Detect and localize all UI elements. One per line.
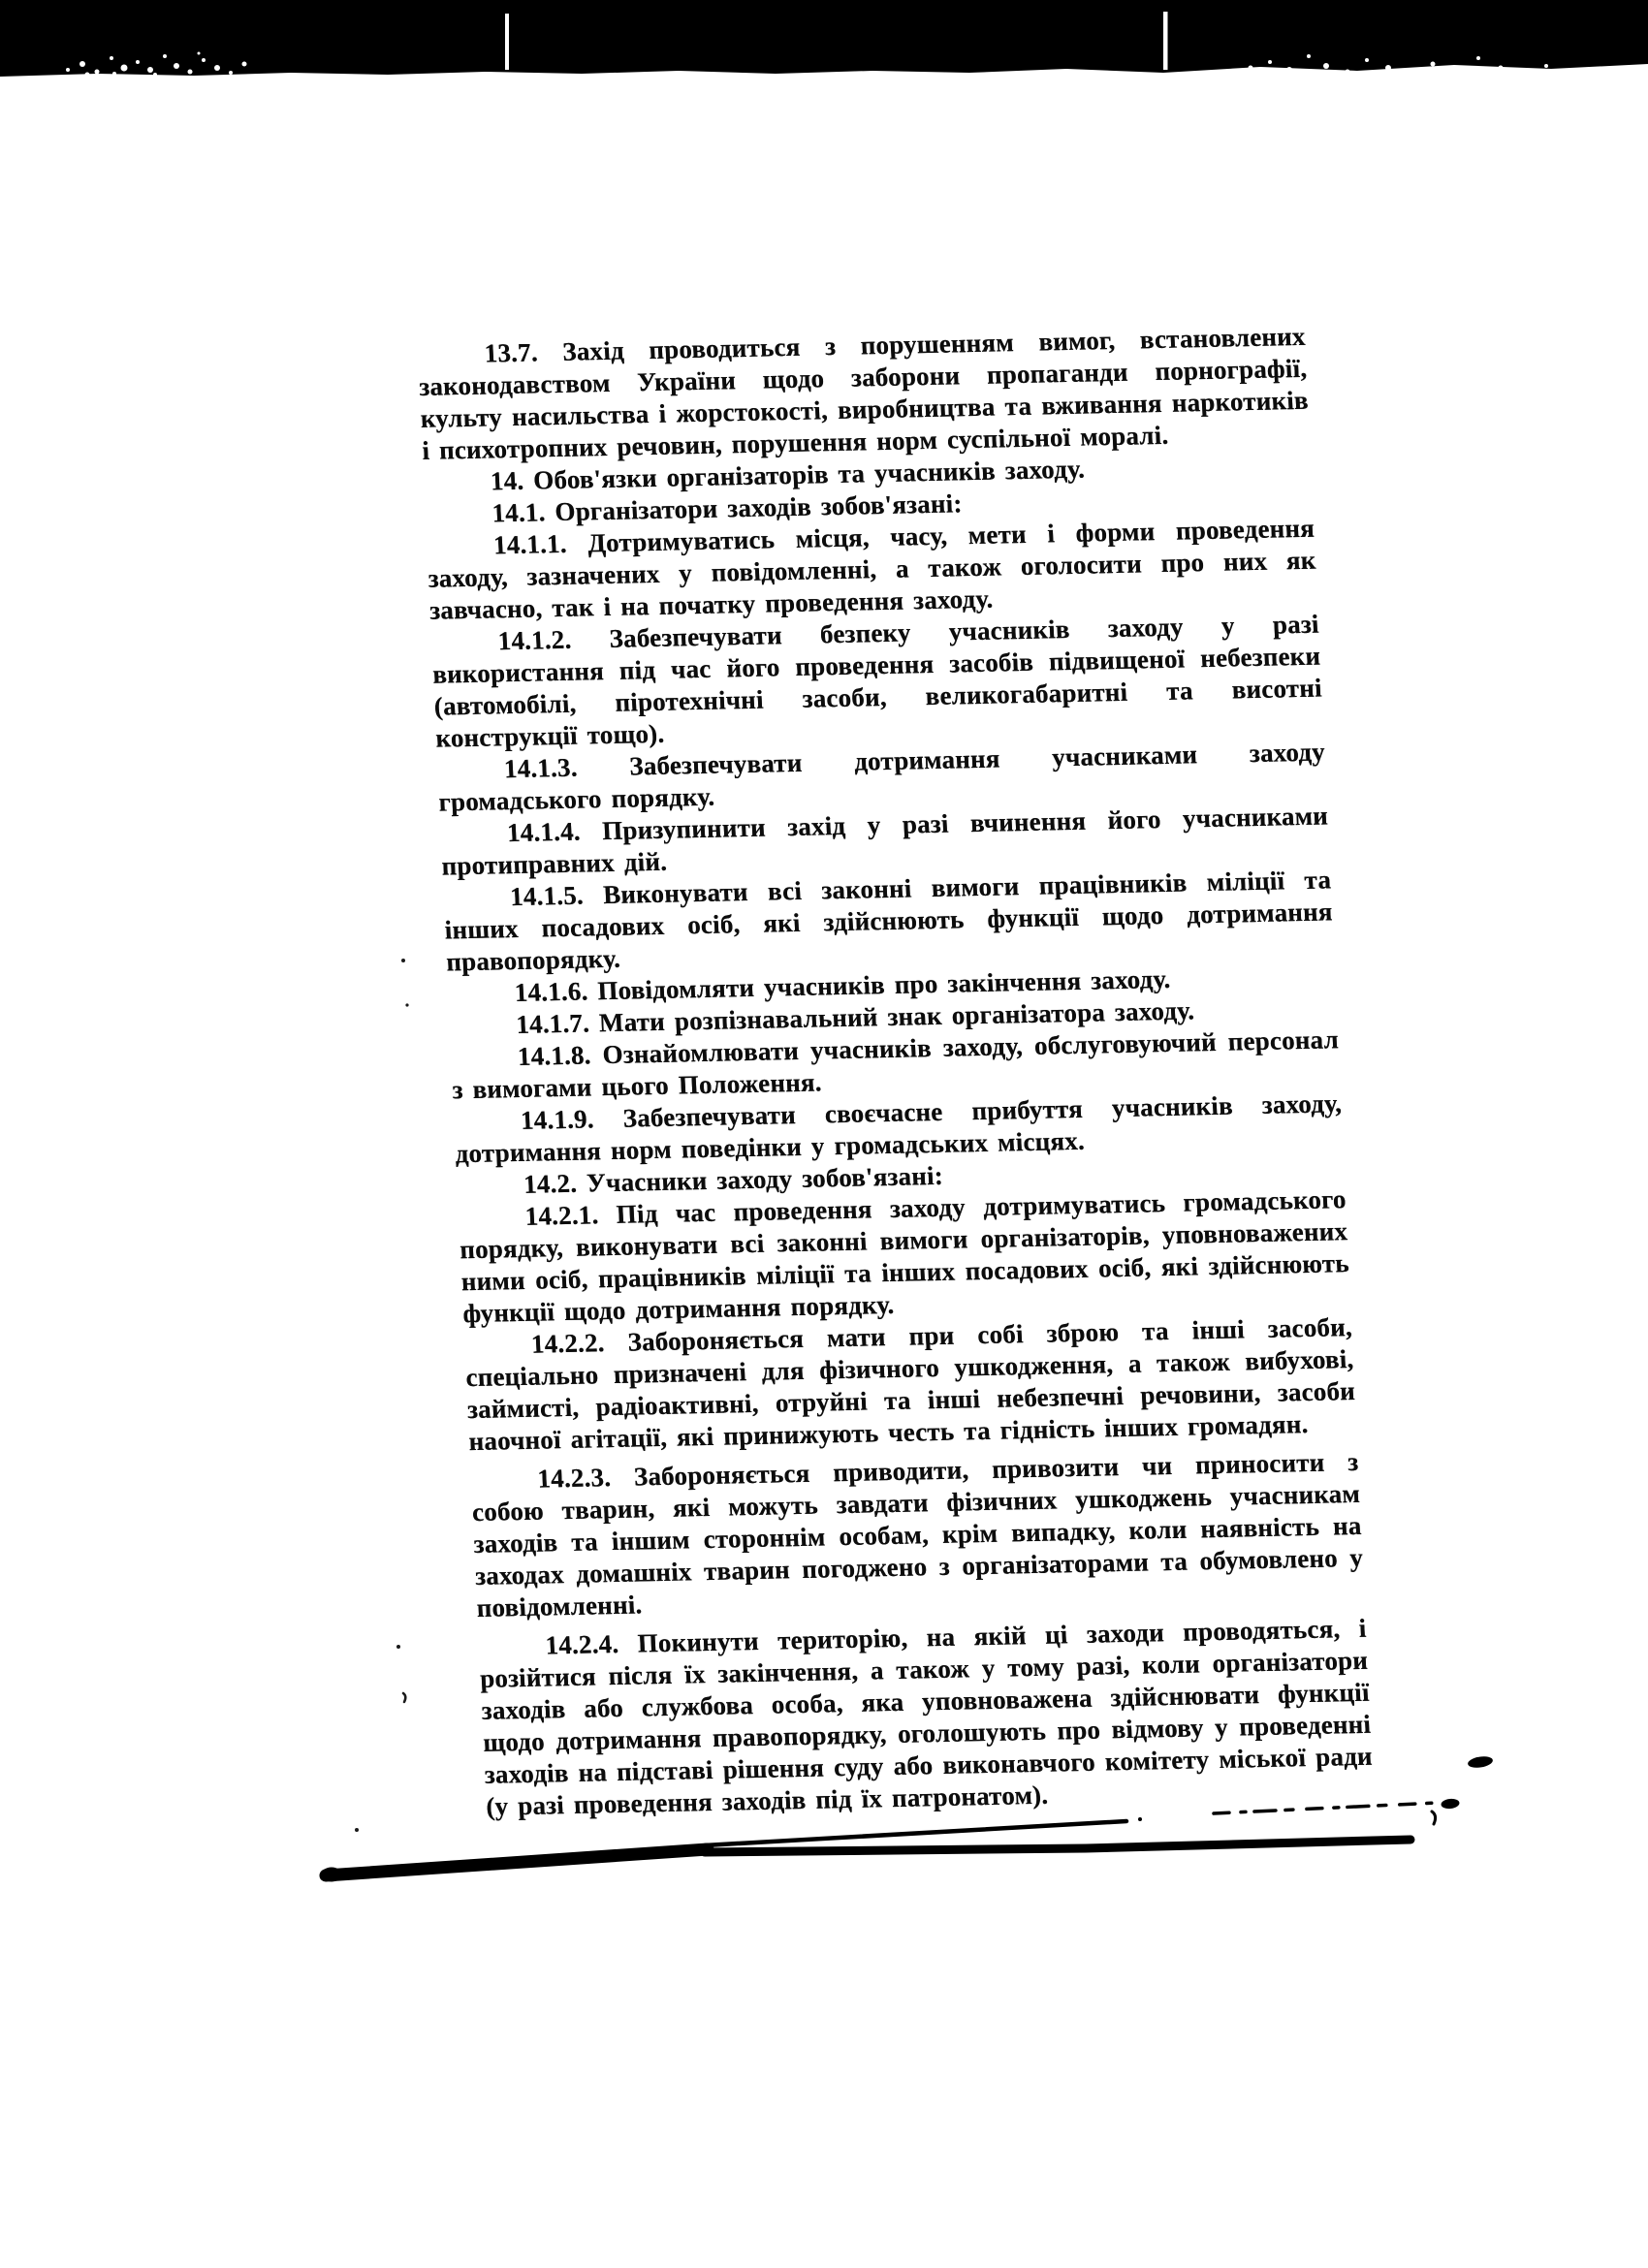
band-speckles-right xyxy=(1249,54,1573,75)
scan-top-band xyxy=(0,0,1648,78)
paragraph-14-2-1: 14.2.1. Під час проведення заходу дотрим… xyxy=(458,1183,1351,1330)
bottom-thick-line-tip xyxy=(321,1868,342,1882)
paragraph-14-2-2: 14.2.2. Забороняється мати при собі збро… xyxy=(463,1311,1357,1458)
paragraph-14-2-3: 14.2.3. Забороняється приводити, привози… xyxy=(470,1446,1366,1624)
bottom-thick-line-left xyxy=(326,1849,708,1875)
bottom-comma-mark xyxy=(1432,1811,1436,1824)
paragraph-13-7: 13.7. Захід проводиться з порушенням вим… xyxy=(417,321,1311,467)
bottom-thin-branch xyxy=(705,1821,1126,1845)
bottom-thin-branch-dot xyxy=(1138,1817,1142,1821)
scan-speck-dots xyxy=(355,959,409,1832)
paragraph-14-1-5: 14.1.5. Виконувати всі законні вимоги пр… xyxy=(442,864,1334,978)
bottom-thick-line-right xyxy=(705,1840,1410,1852)
paragraph-14-1-1: 14.1.1. Дотримуватись місця, часу, мети … xyxy=(426,513,1317,627)
bottom-small-blob xyxy=(1467,1755,1493,1770)
band-speckles-left xyxy=(66,52,247,78)
paragraph-14-2-4: 14.2.4. Покинути територію, на якій ці з… xyxy=(478,1613,1375,1823)
band-slit-left xyxy=(505,14,509,70)
regulation-text-block: 13.7. Захід проводиться з порушенням вим… xyxy=(417,321,1375,1823)
document-page: 13.7. Захід проводиться з порушенням вим… xyxy=(0,0,1648,2268)
band-slit-right xyxy=(1163,12,1168,70)
bottom-dash-end-blob xyxy=(1441,1798,1460,1810)
paragraph-14-1-2: 14.1.2. Забезпечувати безпеку учасників … xyxy=(430,609,1324,755)
